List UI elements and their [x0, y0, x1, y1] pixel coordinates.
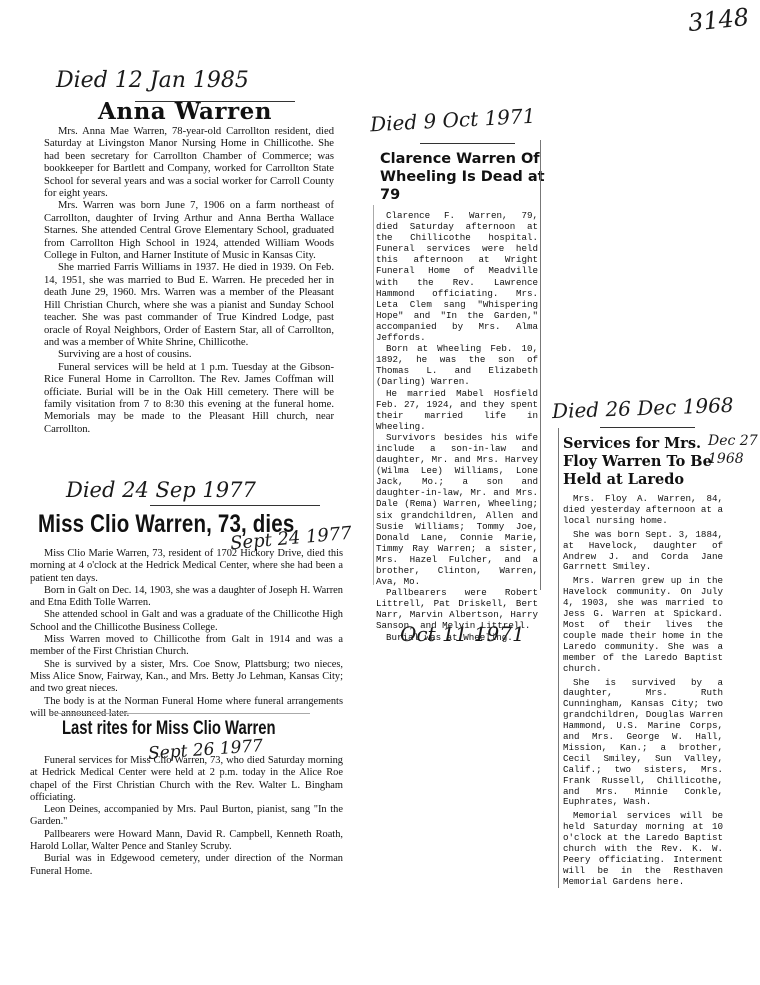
page-number-annotation: 3148: [687, 3, 751, 37]
column-border: [540, 140, 541, 590]
obituary-body: Mrs. Floy A. Warren, 84, died yesterday …: [563, 494, 723, 891]
obituary-body: Mrs. Anna Mae Warren, 78-year-old Carrol…: [44, 126, 334, 436]
paragraph: Miss Clio Marie Warren, 73, resident of …: [30, 548, 343, 585]
handwritten-death-date: Died 12 Jan 1985: [56, 68, 249, 93]
paragraph: Mrs. Warren was born June 7, 1906 on a f…: [44, 200, 334, 262]
paragraph: Miss Warren moved to Chillicothe from Ga…: [30, 634, 343, 659]
divider: [600, 427, 695, 428]
paragraph: Born at Wheeling Feb. 10, 1892, he was t…: [376, 343, 538, 387]
paragraph: Mrs. Warren grew up in the Havelock comm…: [563, 576, 723, 674]
handwritten-annotation: Dec 27 1968: [708, 432, 758, 468]
paragraph: Funeral services for Miss Clio Warren, 7…: [30, 755, 343, 804]
handwritten-death-date: Died 24 Sep 1977: [66, 478, 256, 502]
handwritten-death-date: Died 9 Oct 1971: [369, 104, 535, 137]
paragraph: Funeral services will be held at 1 p.m. …: [44, 362, 334, 436]
paragraph: Burial was in Edgewood cemetery, under d…: [30, 853, 343, 878]
divider: [150, 505, 320, 506]
paragraph: Mrs. Anna Mae Warren, 78-year-old Carrol…: [44, 126, 334, 200]
paragraph: Leon Deines, accompanied by Mrs. Paul Bu…: [30, 804, 343, 829]
paragraph: Born in Galt on Dec. 14, 1903, she was a…: [30, 585, 343, 610]
paragraph: Clarence F. Warren, 79, died Saturday af…: [376, 210, 538, 343]
obituary-body: Clarence F. Warren, 79, died Saturday af…: [376, 210, 538, 643]
paragraph: Surviving are a host of cousins.: [44, 349, 334, 361]
paragraph: Survivors besides his wife include a son…: [376, 432, 538, 587]
paragraph: Memorial services will be held Saturday …: [563, 811, 723, 887]
handwritten-death-date: Died 26 Dec 1968: [552, 393, 734, 423]
obituary-headline: Anna Warren: [98, 98, 272, 125]
obituary-body: Funeral services for Miss Clio Warren, 7…: [30, 755, 343, 878]
paragraph: She attended school in Galt and was a gr…: [30, 609, 343, 634]
paragraph: He married Mabel Hosfield Feb. 27, 1924,…: [376, 388, 538, 432]
handwritten-annotation: Oct 11 1971: [400, 622, 525, 646]
paragraph: She was born Sept. 3, 1884, at Havelock,…: [563, 530, 723, 574]
paragraph: She is survived by a daughter, Mrs. Ruth…: [563, 678, 723, 809]
column-border: [558, 428, 559, 888]
paragraph: She married Farris Williams in 1937. He …: [44, 262, 334, 349]
obituary-body: Miss Clio Marie Warren, 73, resident of …: [30, 548, 343, 720]
divider: [50, 713, 310, 714]
column-border: [373, 205, 374, 585]
paragraph: The body is at the Norman Funeral Home w…: [30, 696, 343, 721]
obituary-headline: Clarence Warren Of Wheeling Is Dead at 7…: [380, 150, 550, 204]
divider: [420, 143, 515, 144]
paragraph: Pallbearers were Howard Mann, David R. C…: [30, 829, 343, 854]
paragraph: Mrs. Floy A. Warren, 84, died yesterday …: [563, 494, 723, 527]
paragraph: She is survived by a sister, Mrs. Coe Sn…: [30, 659, 343, 696]
